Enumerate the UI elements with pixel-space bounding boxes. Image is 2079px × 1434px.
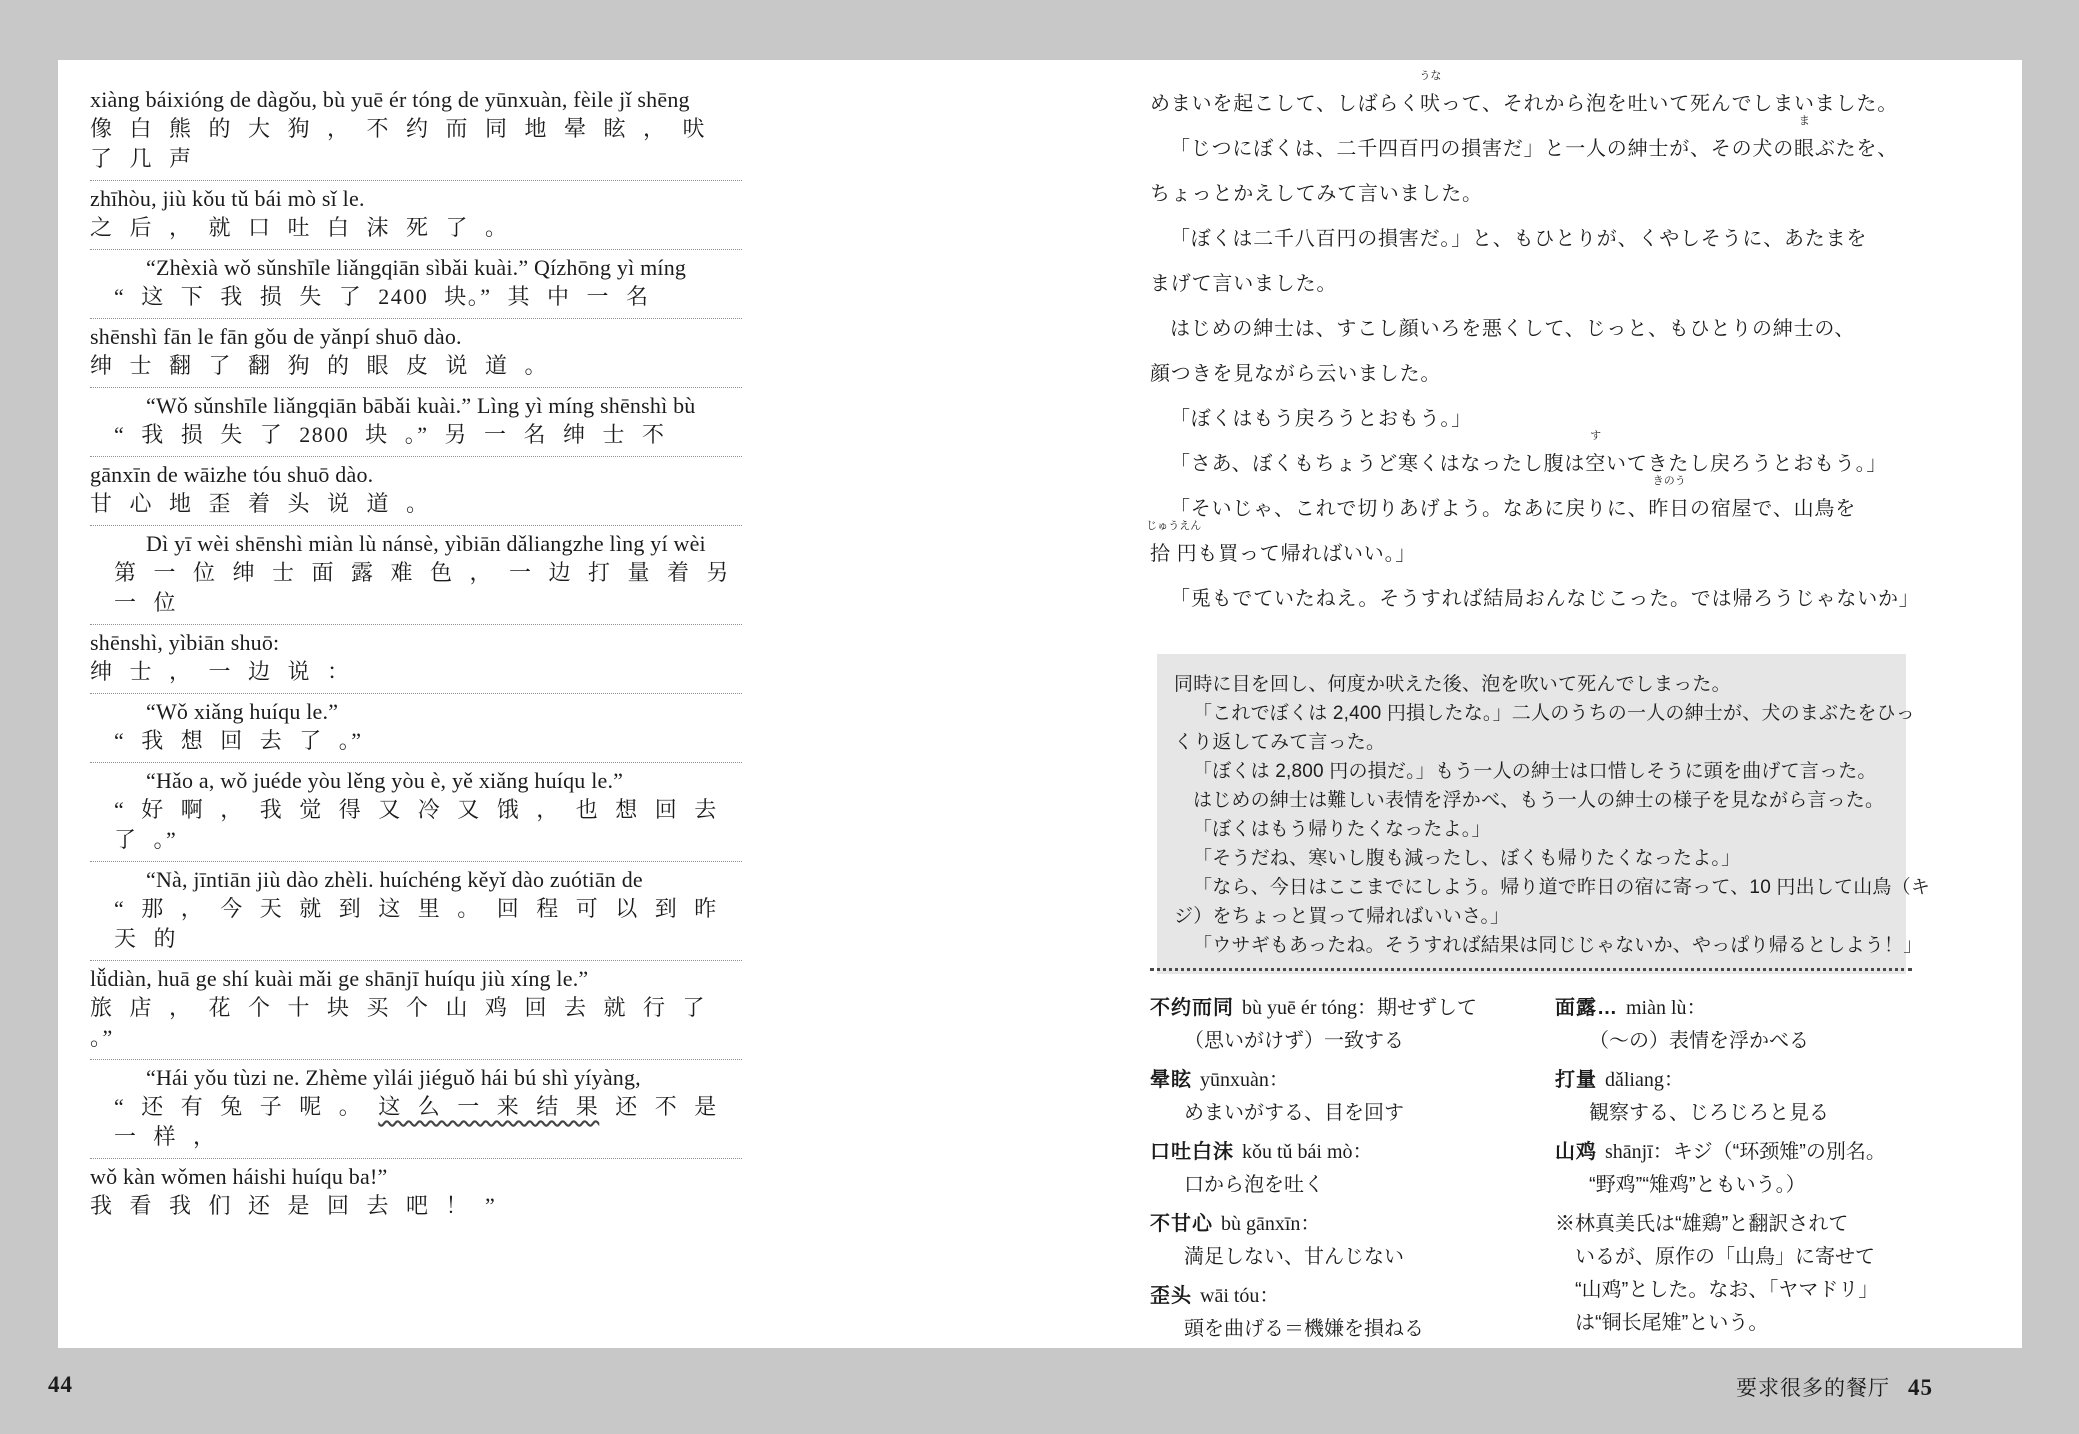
hanzi-line: 之 后 ， 就 口 吐 白 沫 死 了 。 — [90, 213, 742, 243]
jp-text-segment: の宿屋で、山鳥を — [1690, 498, 1856, 520]
pinyin-line: lǚdiàn, huā ge shí kuài mǎi ge shānjī hu… — [90, 964, 742, 993]
ruby-base: 拾 円 — [1150, 543, 1197, 565]
vocab-translator-note: ※林真美氏は“雄鶏”と翻訳されて いるが、原作の「山鳥」に寄せて “山鸡”とした… — [1555, 1208, 1935, 1340]
running-footer-right: 要求很多的餐厅45 — [1736, 1372, 1933, 1402]
vocab-headword-line: 不约而同bù yuē ér tóng：期せずして — [1150, 992, 1520, 1025]
pinyin-line: zhīhòu, jiù kǒu tǔ bái mò sǐ le. — [90, 184, 742, 213]
hanzi-line: “ 那 ， 今 天 就 到 这 里 。 回 程 可 以 到 昨 天 的 — [90, 894, 742, 954]
text-block: shēnshì, yìbiān shuō: 绅 士 ， 一 边 说 ： — [90, 625, 742, 694]
vocab-definition-line: 口から泡を吐く — [1150, 1169, 1520, 1202]
jp-text-segment: も買って帰ればいい。」 — [1197, 543, 1416, 565]
ruby-group: 昨日きのう — [1648, 487, 1690, 532]
vocab-definition: 期せずして — [1377, 997, 1477, 1019]
vocab-column-left: 不约而同bù yuē ér tóng：期せずして （思いがけず）一致する 晕眩y… — [1150, 992, 1520, 1352]
vocab-entry: 面露…miàn lù： （〜の）表情を浮かべる — [1555, 992, 1935, 1058]
jp-text-segment: 「さあ、ぼくもちょうど寒くはなったし腹は — [1170, 453, 1585, 475]
jp-text-segment: って、それから泡を吐いて死んでしまいました。 — [1441, 93, 1898, 115]
summary-line: ジ）をちょっと買って帰ればいいさ。」 — [1174, 902, 1890, 931]
vocab-definition-line: （思いがけず）一致する — [1150, 1025, 1520, 1058]
hanzi-line: 第 一 位 绅 士 面 露 难 色 ， 一 边 打 量 着 另 一 位 — [90, 558, 742, 618]
vocab-definition-line: 頭を曲げる＝機嫌を損ねる — [1150, 1313, 1520, 1346]
text-block: “Wǒ xiǎng huíqu le.” “ 我 想 回 去 了 。” — [90, 694, 742, 763]
jp-text-line: 「兎もでていたねえ。そうすれば結局おんなじこった。では帰ろうじゃないか」 — [1150, 577, 1925, 622]
ruby-base: 空 — [1585, 453, 1606, 475]
vocab-headword: 口吐白沫 — [1150, 1141, 1234, 1163]
furigana: きのう — [1653, 476, 1686, 487]
summary-line: 「そうだね、寒いし腹も減ったし、ぼくも帰りたくなったよ。」 — [1174, 844, 1890, 873]
chapter-title: 要求很多的餐厅 — [1736, 1376, 1890, 1400]
vocab-pinyin: bù gānxīn： — [1221, 1213, 1320, 1235]
jp-text-line: 「そいじゃ、これで切りあげよう。なあに戻りに、昨日きのうの宿屋で、山鳥を — [1150, 487, 1925, 532]
ruby-base: 吠 — [1420, 93, 1441, 115]
text-block: “Wǒ sǔnshīle liǎngqiān bābǎi kuài.” Lìng… — [90, 388, 742, 457]
right-page-text-column: めまいを起こして、しばらく吠うなって、それから泡を吐いて死んでしまいました。 「… — [1150, 82, 1925, 622]
ruby-group: 吠うな — [1420, 82, 1441, 127]
text-block: “Zhèxià wǒ sǔnshīle liǎngqiān sìbǎi kuài… — [90, 250, 742, 319]
summary-line: 同時に目を回し、何度か吠えた後、泡を吹いて死んでしまった。 — [1174, 670, 1890, 699]
hanzi-line: “ 这 下 我 损 失 了 2400 块。” 其 中 一 名 — [90, 282, 742, 312]
jp-text-segment: めまいを起こして、しばらく — [1150, 93, 1420, 115]
vocab-headword-line: 不甘心bù gānxīn： — [1150, 1208, 1520, 1241]
jp-text-line: 「ぼくはもう戻ろうとおもう。」 — [1150, 397, 1925, 442]
text-block: Dì yī wèi shēnshì miàn lù nánsè, yìbiān … — [90, 526, 742, 625]
summary-line: はじめの紳士は難しい表情を浮かべ、もう一人の紳士の様子を見ながら言った。 — [1174, 786, 1890, 815]
note-line: ※林真美氏は“雄鶏”と翻訳されて — [1555, 1208, 1935, 1241]
vocab-headword-line: 口吐白沫kǒu tǔ bái mò： — [1150, 1136, 1520, 1169]
pinyin-line: “Zhèxià wǒ sǔnshīle liǎngqiān sìbǎi kuài… — [90, 253, 742, 282]
note-line: “山鸡”とした。なお、「ヤマドリ」 — [1555, 1274, 1935, 1307]
pinyin-line: “Wǒ xiǎng huíqu le.” — [90, 697, 742, 726]
vocab-entry: 山鸡shānjī：キジ（“环颈雉”の別名。 “野鸡”“雉鸡”ともいう。） — [1555, 1136, 1935, 1202]
summary-line: 「ぼくはもう帰りたくなったよ。」 — [1174, 815, 1890, 844]
hanzi-wavy-underlined-segment: 这 么 一 来 结 果 — [378, 1094, 599, 1119]
furigana: ま — [1799, 116, 1810, 127]
summary-line: 「ウサギもあったね。そうすれば結果は同じじゃないか、やっぱり帰るとしよう！」 — [1174, 931, 1890, 960]
left-page-text-column: xiàng báixióng de dàgǒu, bù yuē ér tóng … — [90, 82, 742, 1227]
note-line: は“铜长尾雉”という。 — [1555, 1307, 1935, 1340]
vocab-pinyin: yūnxuàn： — [1200, 1069, 1289, 1091]
text-block: lǚdiàn, huā ge shí kuài mǎi ge shānjī hu… — [90, 961, 742, 1060]
ruby-base: 眼 — [1794, 138, 1815, 160]
vocab-headword: 歪头 — [1150, 1285, 1192, 1307]
pinyin-line: shēnshì, yìbiān shuō: — [90, 628, 742, 657]
vocab-headword-line: 山鸡shānjī：キジ（“环颈雉”の別名。 — [1555, 1136, 1935, 1169]
pinyin-line: “Nà, jīntiān jiù dào zhèli. huíchéng kěy… — [90, 865, 742, 894]
text-block: “Nà, jīntiān jiù dào zhèli. huíchéng kěy… — [90, 862, 742, 961]
hanzi-line: 像 白 熊 的 大 狗 ， 不 约 而 同 地 晕 眩 ， 吠 了 几 声 — [90, 114, 742, 174]
text-block: zhīhòu, jiù kǒu tǔ bái mò sǐ le. 之 后 ， 就… — [90, 181, 742, 250]
hanzi-line: 我 看 我 们 还 是 回 去 吧 ！ ” — [90, 1191, 742, 1221]
jp-text-line: 顔つきを見ながら云いました。 — [1150, 352, 1925, 397]
jp-text-line: ちょっとかえしてみて言いました。 — [1150, 172, 1925, 217]
summary-line: くり返してみて言った。 — [1174, 728, 1890, 757]
ruby-base: 昨日 — [1648, 498, 1690, 520]
vocab-headword-line: 晕眩yūnxuàn： — [1150, 1064, 1520, 1097]
hanzi-line: 甘 心 地 歪 着 头 说 道 。 — [90, 489, 742, 519]
vocab-entry: 不甘心bù gānxīn： 満足しない、甘んじない — [1150, 1208, 1520, 1274]
vocab-entry: 歪头wāi tóu： 頭を曲げる＝機嫌を損ねる — [1150, 1280, 1520, 1346]
pinyin-line: “Hǎo a, wǒ juéde yòu lěng yòu è, yě xiǎn… — [90, 766, 742, 795]
pinyin-line: “Hái yǒu tùzi ne. Zhème yìlái jiéguǒ hái… — [90, 1063, 742, 1092]
ruby-group: 眼ま — [1794, 127, 1815, 172]
pinyin-line: Dì yī wèi shēnshì miàn lù nánsè, yìbiān … — [90, 529, 742, 558]
hanzi-line: “ 我 想 回 去 了 。” — [90, 726, 742, 756]
jp-text-segment: いてきたし戻ろうとおもう。」 — [1606, 453, 1887, 475]
vocab-pinyin: miàn lù： — [1626, 997, 1707, 1019]
jp-text-line: 「さあ、ぼくもちょうど寒くはなったし腹は空すいてきたし戻ろうとおもう。」 — [1150, 442, 1925, 487]
vocab-entry: 不约而同bù yuē ér tóng：期せずして （思いがけず）一致する — [1150, 992, 1520, 1058]
jp-text-line: 拾 円じゅうえんも買って帰ればいい。」 — [1150, 532, 1925, 577]
text-block: gānxīn de wāizhe tóu shuō dào. 甘 心 地 歪 着… — [90, 457, 742, 526]
pinyin-line: xiàng báixióng de dàgǒu, bù yuē ér tóng … — [90, 85, 742, 114]
summary-line: 「ぼくは 2,800 円の損だ。」もう一人の紳士は口惜しそうに頭を曲げて言った。 — [1174, 757, 1890, 786]
vocab-definition-line: 観察する、じろじろと見る — [1555, 1097, 1935, 1130]
text-block: wǒ kàn wǒmen háishi huíqu ba!” 我 看 我 们 还… — [90, 1159, 742, 1227]
text-block: xiàng báixióng de dàgǒu, bù yuē ér tóng … — [90, 82, 742, 181]
vocab-entry: 晕眩yūnxuàn： めまいがする、目を回す — [1150, 1064, 1520, 1130]
text-block: “Hǎo a, wǒ juéde yòu lěng yòu è, yě xiǎn… — [90, 763, 742, 862]
vocab-column-right: 面露…miàn lù： （〜の）表情を浮かべる 打量dǎliang： 観察する、… — [1555, 992, 1935, 1346]
vocab-section-divider — [1150, 968, 1912, 971]
jp-text-line: はじめの紳士は、すこし顔いろを悪くして、じっと、もひとりの紳士の、 — [1150, 307, 1925, 352]
text-block: “Hái yǒu tùzi ne. Zhème yìlái jiéguǒ hái… — [90, 1060, 742, 1159]
vocab-pinyin: shānjī： — [1605, 1141, 1673, 1163]
pinyin-line: “Wǒ sǔnshīle liǎngqiān bābǎi kuài.” Lìng… — [90, 391, 742, 420]
vocab-headword-line: 歪头wāi tóu： — [1150, 1280, 1520, 1313]
hanzi-line: “ 还 有 兔 子 呢 。 这 么 一 来 结 果 还 不 是 一 样 ， — [90, 1092, 742, 1152]
ruby-group: 拾 円じゅうえん — [1150, 532, 1197, 577]
vocab-pinyin: wāi tóu： — [1200, 1285, 1279, 1307]
pinyin-line: shēnshì fān le fān gǒu de yǎnpí shuō dào… — [90, 322, 742, 351]
vocab-headword: 晕眩 — [1150, 1069, 1192, 1091]
pinyin-line: wǒ kàn wǒmen háishi huíqu ba!” — [90, 1162, 742, 1191]
jp-text-segment: 「じつにぼくは、二千四百円の損害だ」と一人の紳士が、その犬の — [1170, 138, 1794, 160]
vocab-pinyin: dǎliang： — [1605, 1069, 1684, 1091]
vocab-definition-line: めまいがする、目を回す — [1150, 1097, 1520, 1130]
translation-summary-box: 同時に目を回し、何度か吠えた後、泡を吹いて死んでしまった。 「これでぼくは 2,… — [1157, 654, 1906, 974]
jp-text-segment: 「そいじゃ、これで切りあげよう。なあに戻りに、 — [1170, 498, 1648, 520]
vocab-definition-line: “野鸡”“雉鸡”ともいう。） — [1555, 1169, 1935, 1202]
vocab-headword: 不约而同 — [1150, 997, 1234, 1019]
book-spread-scan: { "left": { "blocks": [ {"pinyin": "xiàn… — [0, 0, 2079, 1434]
hanzi-line: 绅 士 翻 了 翻 狗 的 眼 皮 说 道 。 — [90, 351, 742, 381]
vocab-entry: 打量dǎliang： 観察する、じろじろと見る — [1555, 1064, 1935, 1130]
summary-line: 「これでぼくは 2,400 円損したな。」二人のうちの一人の紳士が、犬のまぶたを… — [1174, 699, 1890, 728]
hanzi-segment: “ 还 有 兔 子 呢 。 — [114, 1094, 378, 1119]
vocab-definition: キジ（“环颈雉”の別名。 — [1673, 1141, 1886, 1163]
ruby-group: 空す — [1585, 442, 1606, 487]
vocab-pinyin: kǒu tǔ bái mò： — [1242, 1141, 1373, 1163]
furigana: す — [1590, 431, 1601, 442]
hanzi-line: “ 我 损 失 了 2800 块 。” 另 一 名 绅 士 不 — [90, 420, 742, 450]
page-number-left: 44 — [48, 1372, 73, 1398]
jp-text-line: まげて言いました。 — [1150, 262, 1925, 307]
book-spread: xiàng báixióng de dàgǒu, bù yuē ér tóng … — [58, 60, 2022, 1348]
text-block: shēnshì fān le fān gǒu de yǎnpí shuō dào… — [90, 319, 742, 388]
vocab-headword: 不甘心 — [1150, 1213, 1213, 1235]
jp-text-line: 「ぼくは二千八百円の損害だ。」と、もひとりが、くやしそうに、あたまを — [1150, 217, 1925, 262]
vocab-headword-line: 面露…miàn lù： — [1555, 992, 1935, 1025]
page-number-right: 45 — [1908, 1375, 1933, 1400]
summary-line: 「なら、今日はここまでにしよう。帰り道で昨日の宿に寄って、10 円出して山鳥（キ — [1174, 873, 1890, 902]
vocab-definition-line: 満足しない、甘んじない — [1150, 1241, 1520, 1274]
vocab-headword: 打量 — [1555, 1069, 1597, 1091]
jp-text-line: 「じつにぼくは、二千四百円の損害だ」と一人の紳士が、その犬の眼まぶたを、 — [1150, 127, 1925, 172]
hanzi-line: “ 好 啊 ， 我 觉 得 又 冷 又 饿 ， 也 想 回 去 了 。” — [90, 795, 742, 855]
vocab-entry: 口吐白沫kǒu tǔ bái mò： 口から泡を吐く — [1150, 1136, 1520, 1202]
vocab-headword: 山鸡 — [1555, 1141, 1597, 1163]
hanzi-line: 旅 店 ， 花 个 十 块 买 个 山 鸡 回 去 就 行 了 。” — [90, 993, 742, 1053]
furigana: じゅうえん — [1146, 521, 1201, 532]
pinyin-line: gānxīn de wāizhe tóu shuō dào. — [90, 460, 742, 489]
furigana: うな — [1419, 71, 1441, 82]
note-line: いるが、原作の「山鳥」に寄せて — [1555, 1241, 1935, 1274]
vocab-headword: 面露… — [1555, 997, 1618, 1019]
vocab-headword-line: 打量dǎliang： — [1555, 1064, 1935, 1097]
hanzi-line: 绅 士 ， 一 边 说 ： — [90, 657, 742, 687]
jp-text-segment: ぶたを、 — [1815, 138, 1898, 160]
vocab-pinyin: bù yuē ér tóng： — [1242, 997, 1377, 1019]
vocab-definition-line: （〜の）表情を浮かべる — [1555, 1025, 1935, 1058]
